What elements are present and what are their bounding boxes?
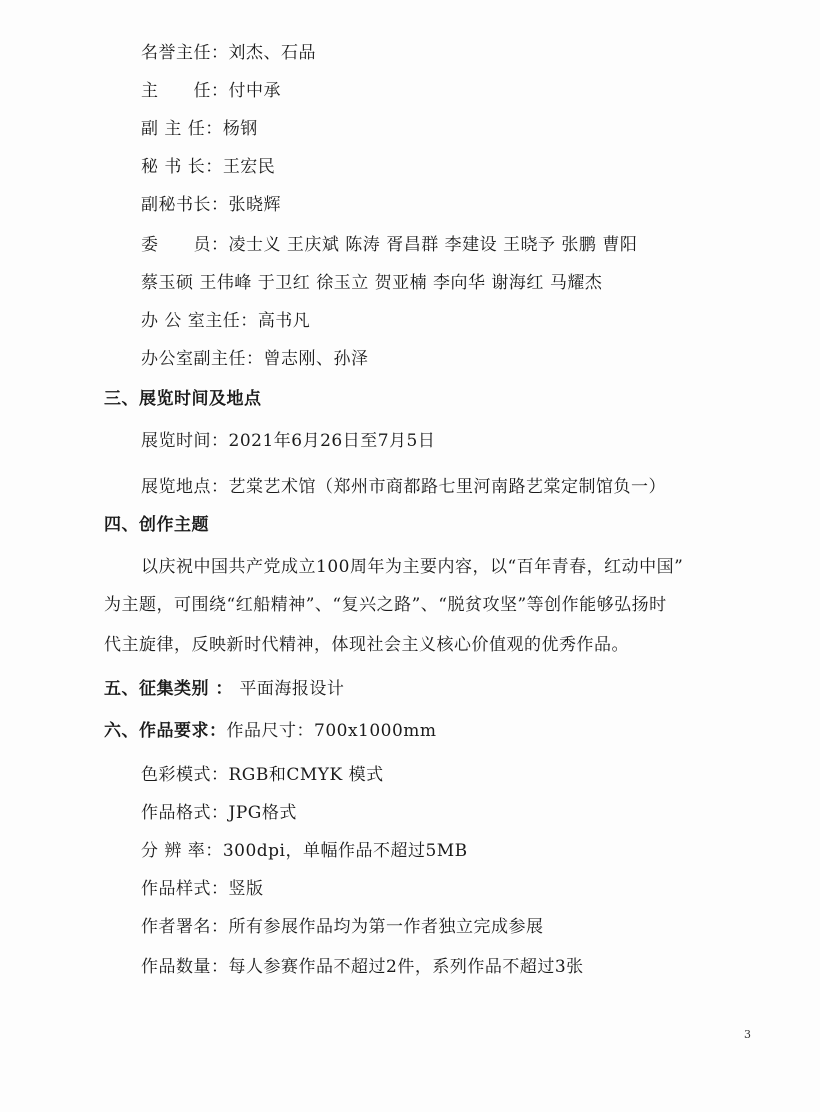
section6-heading: 六、作品要求：作品尺寸：700x1000mm xyxy=(104,720,437,742)
committee-office-director: 办 公 室主任：高书凡 xyxy=(141,310,310,332)
committee-deputy-secretary-general: 副秘书长：张晓辉 xyxy=(141,194,281,216)
committee-members-cont: 蔡玉硕 王伟峰 于卫红 徐玉立 贺亚楠 李向华 谢海红 马耀杰 xyxy=(141,272,602,294)
page-number: 3 xyxy=(744,1028,751,1041)
exhibition-venue: 展览地点：艺棠艺术馆（郑州市商都路七里河南路艺棠定制馆负一） xyxy=(141,476,666,498)
req-color-mode: 色彩模式：RGB和CMYK 模式 xyxy=(141,764,384,786)
committee-office-deputy-director: 办公室副主任：曾志刚、孙泽 xyxy=(141,348,369,370)
theme-paragraph-line-3: 代主旋律，反映新时代精神，体现社会主义核心价值观的优秀作品。 xyxy=(104,634,629,656)
committee-secretary-general: 秘 书 长：王宏民 xyxy=(141,156,275,178)
section5-heading: 五、征集类别 ： 平面海报设计 xyxy=(104,678,344,700)
theme-paragraph-line-2: 为主题，可围绕“红船精神”、“复兴之路”、“脱贫攻坚”等创作能够弘扬时 xyxy=(104,594,667,616)
committee-deputy-director: 副 主 任：杨钢 xyxy=(141,118,258,140)
req-format: 作品格式：JPG格式 xyxy=(141,802,297,824)
committee-members: 委 员：凌士义 王庆斌 陈涛 胥昌群 李建设 王晓予 张鹏 曹阳 xyxy=(141,234,637,256)
committee-honorary-director: 名誉主任：刘杰、石品 xyxy=(141,42,316,64)
theme-paragraph-line-1: 以庆祝中国共产党成立100周年为主要内容，以“百年青春，红动中国” xyxy=(141,556,683,578)
exhibition-time: 展览时间：2021年6月26日至7月5日 xyxy=(141,430,435,452)
req-style: 作品样式：竖版 xyxy=(141,878,264,900)
req-author: 作者署名：所有参展作品均为第一作者独立完成参展 xyxy=(141,916,544,938)
req-quantity: 作品数量：每人参赛作品不超过2件，系列作品不超过3张 xyxy=(141,956,584,978)
section4-heading: 四、创作主题 xyxy=(104,514,209,536)
committee-director: 主 任：付中承 xyxy=(141,80,281,102)
req-resolution: 分 辨 率：300dpi，单幅作品不超过5MB xyxy=(141,840,468,862)
section3-heading: 三、展览时间及地点 xyxy=(104,388,262,410)
